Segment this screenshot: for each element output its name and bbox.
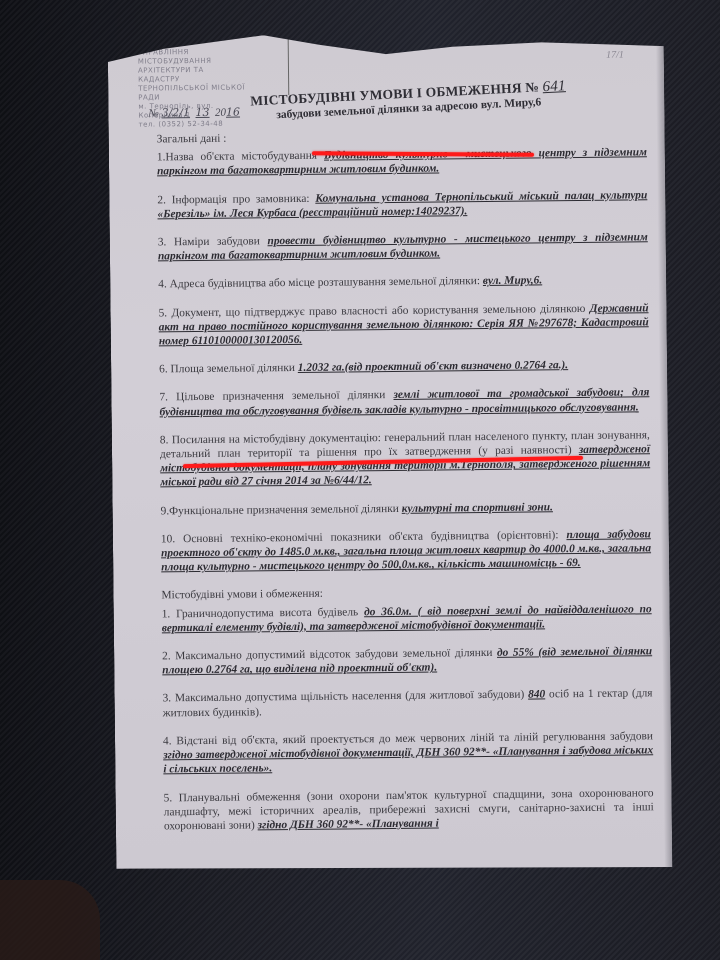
item-label: Назва об'єкта містобудування (165, 150, 317, 164)
item-label: Адреса будівництва або місце розташуванн… (170, 275, 481, 290)
item-label: Максимально допустима щільність населенн… (175, 689, 524, 705)
item-value: згідно затвердженої містобудівної докуме… (163, 744, 653, 775)
item-6: 6. Площа земельної ділянки 1.2032 га.(ві… (159, 358, 649, 377)
item-10: 10. Основні техніко-економічні показники… (161, 527, 651, 575)
stamp-line: АРХІТЕКТУРИ ТА КАДАСТРУ (138, 65, 248, 84)
item-5: 5. Документ, що підтверджує право власно… (158, 301, 648, 349)
background-knee (0, 880, 100, 960)
item-value: згідно ДБН 360 92**- «Планування і (258, 817, 439, 831)
item-1: 1.Назва об'єкта містобудування Будівницт… (157, 145, 647, 179)
item-number: 5. (164, 792, 173, 804)
item-9: 9.Функціональне призначення земельної ді… (161, 499, 651, 518)
item-number: 2. (162, 650, 171, 662)
document-title: МІСТОБУДІВНІ УМОВИ І ОБМЕЖЕННЯ № 641 заб… (198, 76, 619, 125)
item-number: 7. (159, 392, 168, 404)
constraint-4: 4. Відстані від об'єкта, який проектуєть… (163, 729, 653, 777)
item-value: культурні та спортивні зони. (402, 501, 553, 515)
constraint-2: 2. Максимально допустимий відсоток забуд… (162, 644, 652, 678)
item-number: 4. (158, 279, 167, 291)
item-number: 1. (157, 152, 166, 164)
item-label: Інформація про замовника: (172, 192, 310, 205)
item-label: Цільове призначення земельної ділянки (176, 389, 385, 403)
item-number: 3. (158, 236, 167, 248)
item-value: 840 (528, 689, 545, 701)
item-number: 6. (159, 364, 168, 376)
fold-line (288, 35, 290, 95)
item-value: вул. Миру,6. (483, 275, 542, 288)
document-page: УПРАВЛІННЯ МІСТОБУДУВАННЯ АРХІТЕКТУРИ ТА… (108, 31, 673, 873)
document-body: Загальні дані : 1.Назва об'єкта містобуд… (157, 127, 654, 847)
item-label: Функціональне призначення земельної діля… (169, 503, 399, 517)
item-number: 4. (163, 735, 172, 747)
item-7: 7. Цільове призначення земельної ділянки… (159, 386, 649, 420)
constraint-5: 5. Планувальні обмеження (зони охорони п… (164, 786, 654, 834)
constraint-1: 1. Граничнодопустима висота будівель до … (162, 602, 652, 636)
corner-note: 17/1 (606, 50, 624, 61)
item-3: 3. Наміри забудови провести будівництво … (158, 230, 648, 264)
title-number: 641 (542, 78, 566, 95)
item-2: 2. Інформація про замовника: Комунальна … (157, 188, 647, 222)
item-number: 10. (161, 533, 175, 545)
item-number: 8. (160, 434, 169, 446)
item-number: 2. (157, 194, 166, 206)
constraints-label: Містобудівні умови і обмеження: (161, 584, 651, 603)
item-number: 1. (162, 608, 171, 620)
general-label: Загальні дані : (157, 127, 647, 146)
item-number: 9. (161, 505, 170, 517)
reg-number: 3/2/1 (161, 106, 190, 119)
item-label: Основні техніко-економічні показники об'… (183, 529, 559, 545)
item-value: 1.2032 га.(від проектний об'єкт визначен… (298, 359, 568, 374)
item-number: 5. (158, 307, 167, 319)
reg-prefix: № (148, 107, 159, 119)
item-label: Максимально допустимий відсоток забудови… (175, 647, 492, 662)
item-number: 3. (163, 693, 172, 705)
item-label: Наміри забудови (174, 235, 260, 248)
item-label: Площа земельної ділянки (170, 362, 295, 375)
constraint-3: 3. Максимально допустима щільність насел… (162, 687, 652, 721)
item-label: Граничнодопустима висота будівель (176, 606, 358, 620)
item-4: 4. Адреса будівництва або місце розташув… (158, 273, 648, 292)
